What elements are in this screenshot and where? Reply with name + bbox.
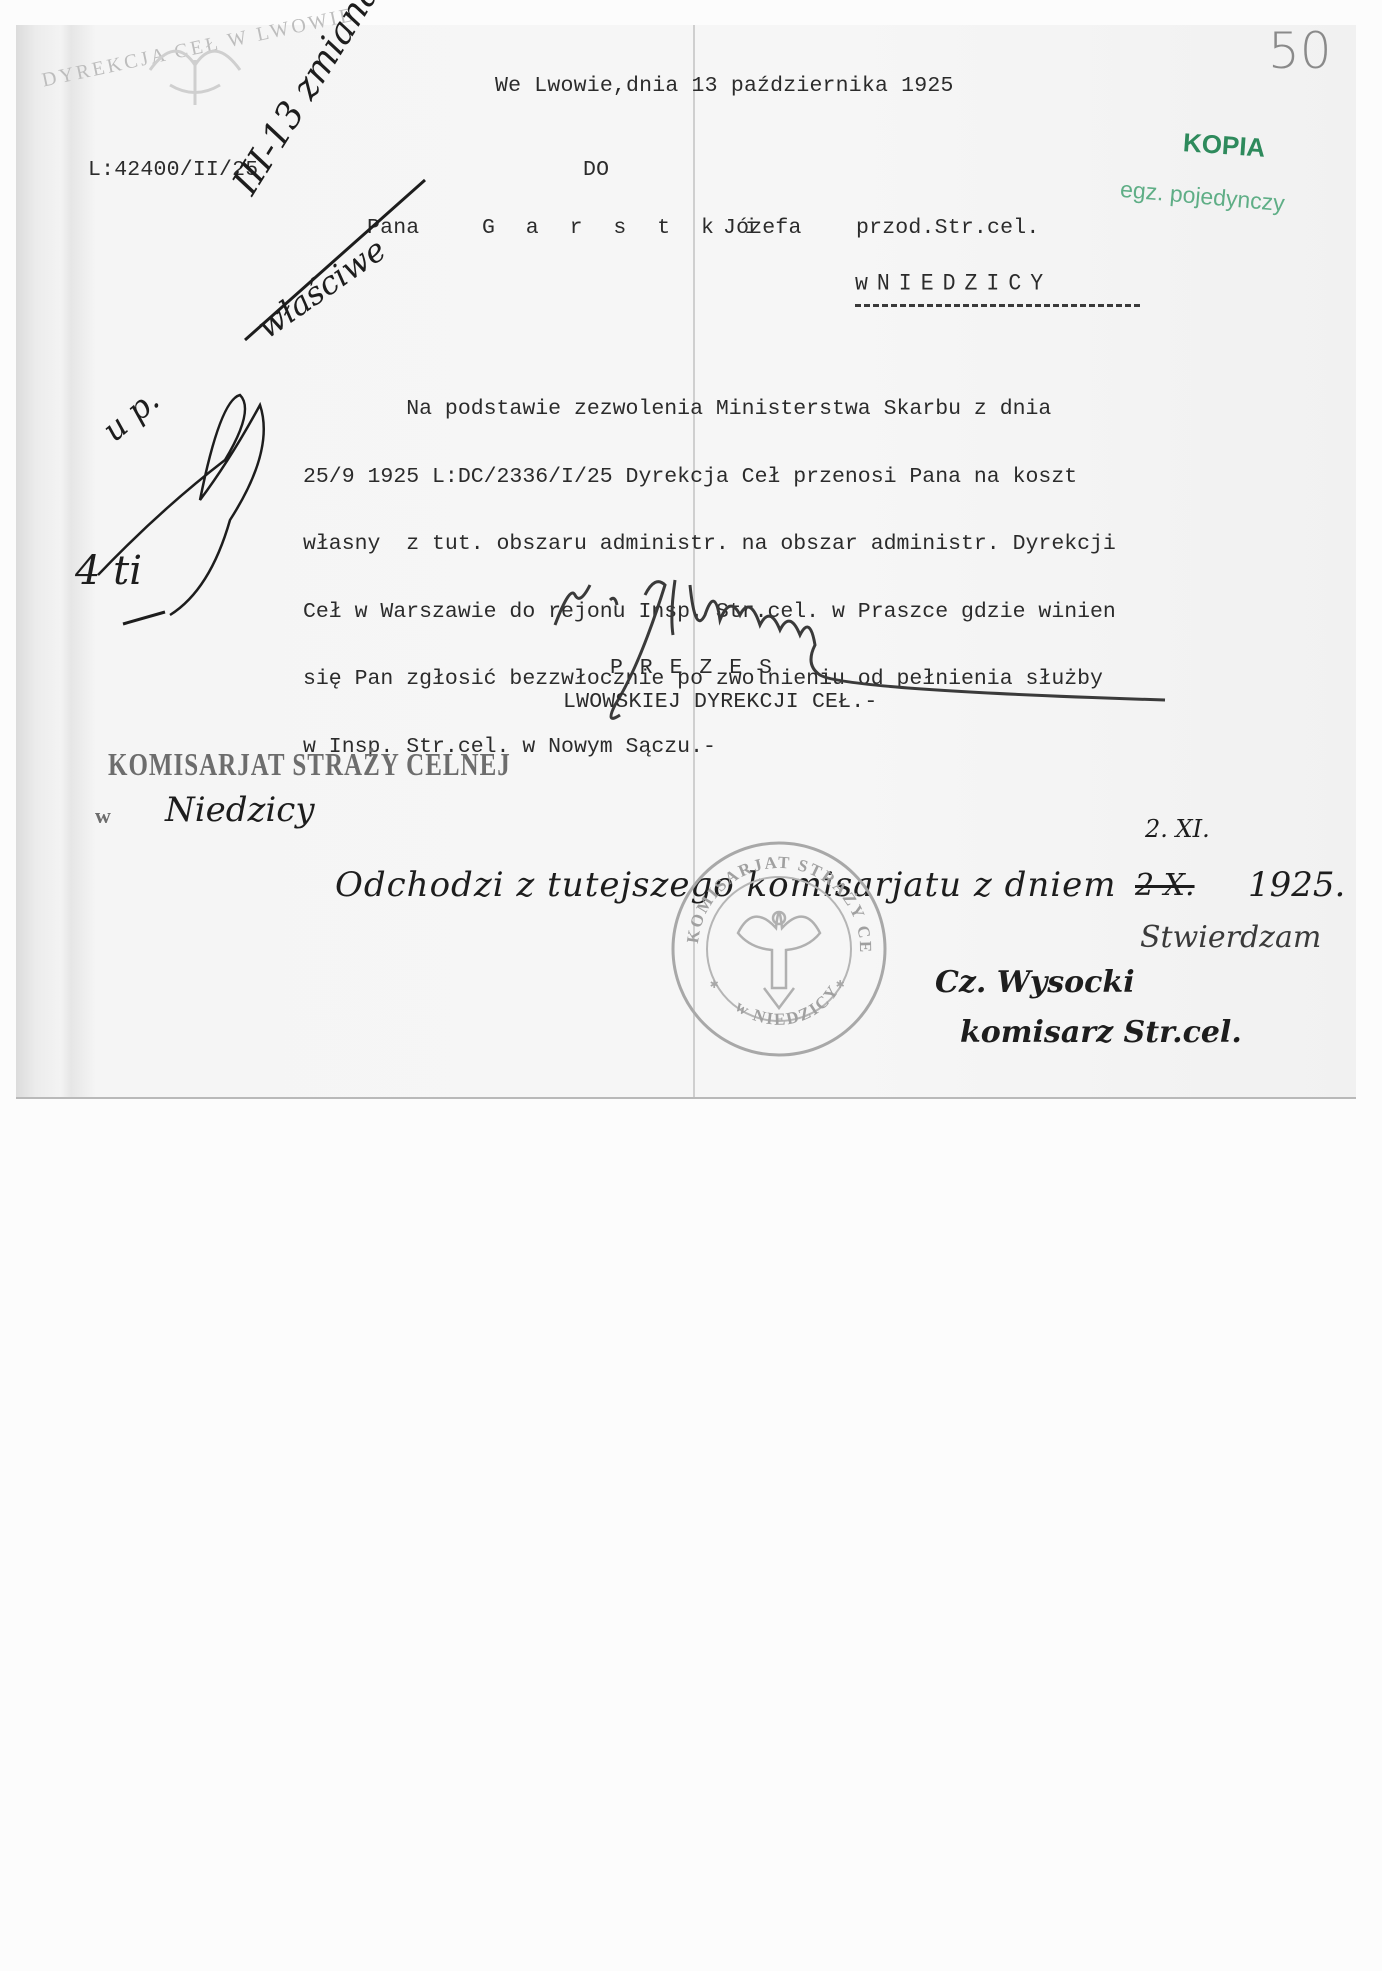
endorsement-signature-name: Cz. Wysocki: [935, 965, 1135, 1000]
to-label: DO: [583, 160, 609, 182]
body-line: własny z tut. obszaru administr. na obsz…: [303, 533, 1116, 556]
endorsement-year: 1925.: [1248, 865, 1345, 905]
body-line: Na podstawie zezwolenia Ministerstwa Ska…: [303, 398, 1116, 421]
svg-text:KOMISARJAT STRAŻY CELNEJ: KOMISARJAT STRAŻY CELNEJ: [668, 838, 875, 954]
location-underline: [855, 304, 1140, 307]
round-seal: KOMISARJAT STRAŻY CELNEJ w NIEDZICY ✱ ✱: [668, 838, 890, 1060]
eagle-emblem-faded-icon: [130, 30, 260, 110]
commissariat-handwritten-place: Niedzicy: [165, 790, 315, 830]
margin-tick-mark: [120, 608, 170, 628]
commissariat-stamp-line1: KOMISARJAT STRAŻY CELNEJ: [108, 749, 511, 784]
copy-stamp-title: KOPIA: [1182, 127, 1266, 164]
recipient-location: wNIEDZICY: [855, 273, 1052, 296]
strikethrough-line: [240, 175, 440, 345]
svg-text:✱: ✱: [710, 977, 719, 993]
place-date: We Lwowie,dnia 13 października 1925: [495, 76, 954, 98]
body-line: 25/9 1925 L:DC/2336/I/25 Dyrekcja Ceł pr…: [303, 466, 1116, 489]
endorsement-date-inserted: 2. XI.: [1145, 815, 1210, 843]
svg-text:✱: ✱: [836, 977, 845, 993]
page-number: 50: [1268, 22, 1332, 80]
signatory-office: LWOWSKIEJ DYREKCJI CEŁ.-: [563, 692, 877, 714]
margin-note-bottom: 4 ti: [75, 548, 142, 594]
endorsement-date-crossed: 2 X.: [1135, 868, 1195, 903]
endorsement-signature-title: komisarz Str.cel.: [960, 1015, 1242, 1050]
endorsement-second-line: Stwierdzam: [1140, 920, 1321, 955]
recipient-rank: przod.Str.cel.: [856, 218, 1039, 240]
recipient-first-name: Józefa: [723, 218, 802, 240]
eagle-emblem-icon: [738, 912, 820, 1008]
signatory-title: P R E Z E S: [610, 658, 774, 680]
seal-ring-icon: KOMISARJAT STRAŻY CELNEJ w NIEDZICY ✱ ✱: [668, 838, 890, 1060]
commissariat-stamp-line2: w: [95, 803, 112, 829]
svg-text:w NIEDZICY: w NIEDZICY: [732, 981, 843, 1029]
